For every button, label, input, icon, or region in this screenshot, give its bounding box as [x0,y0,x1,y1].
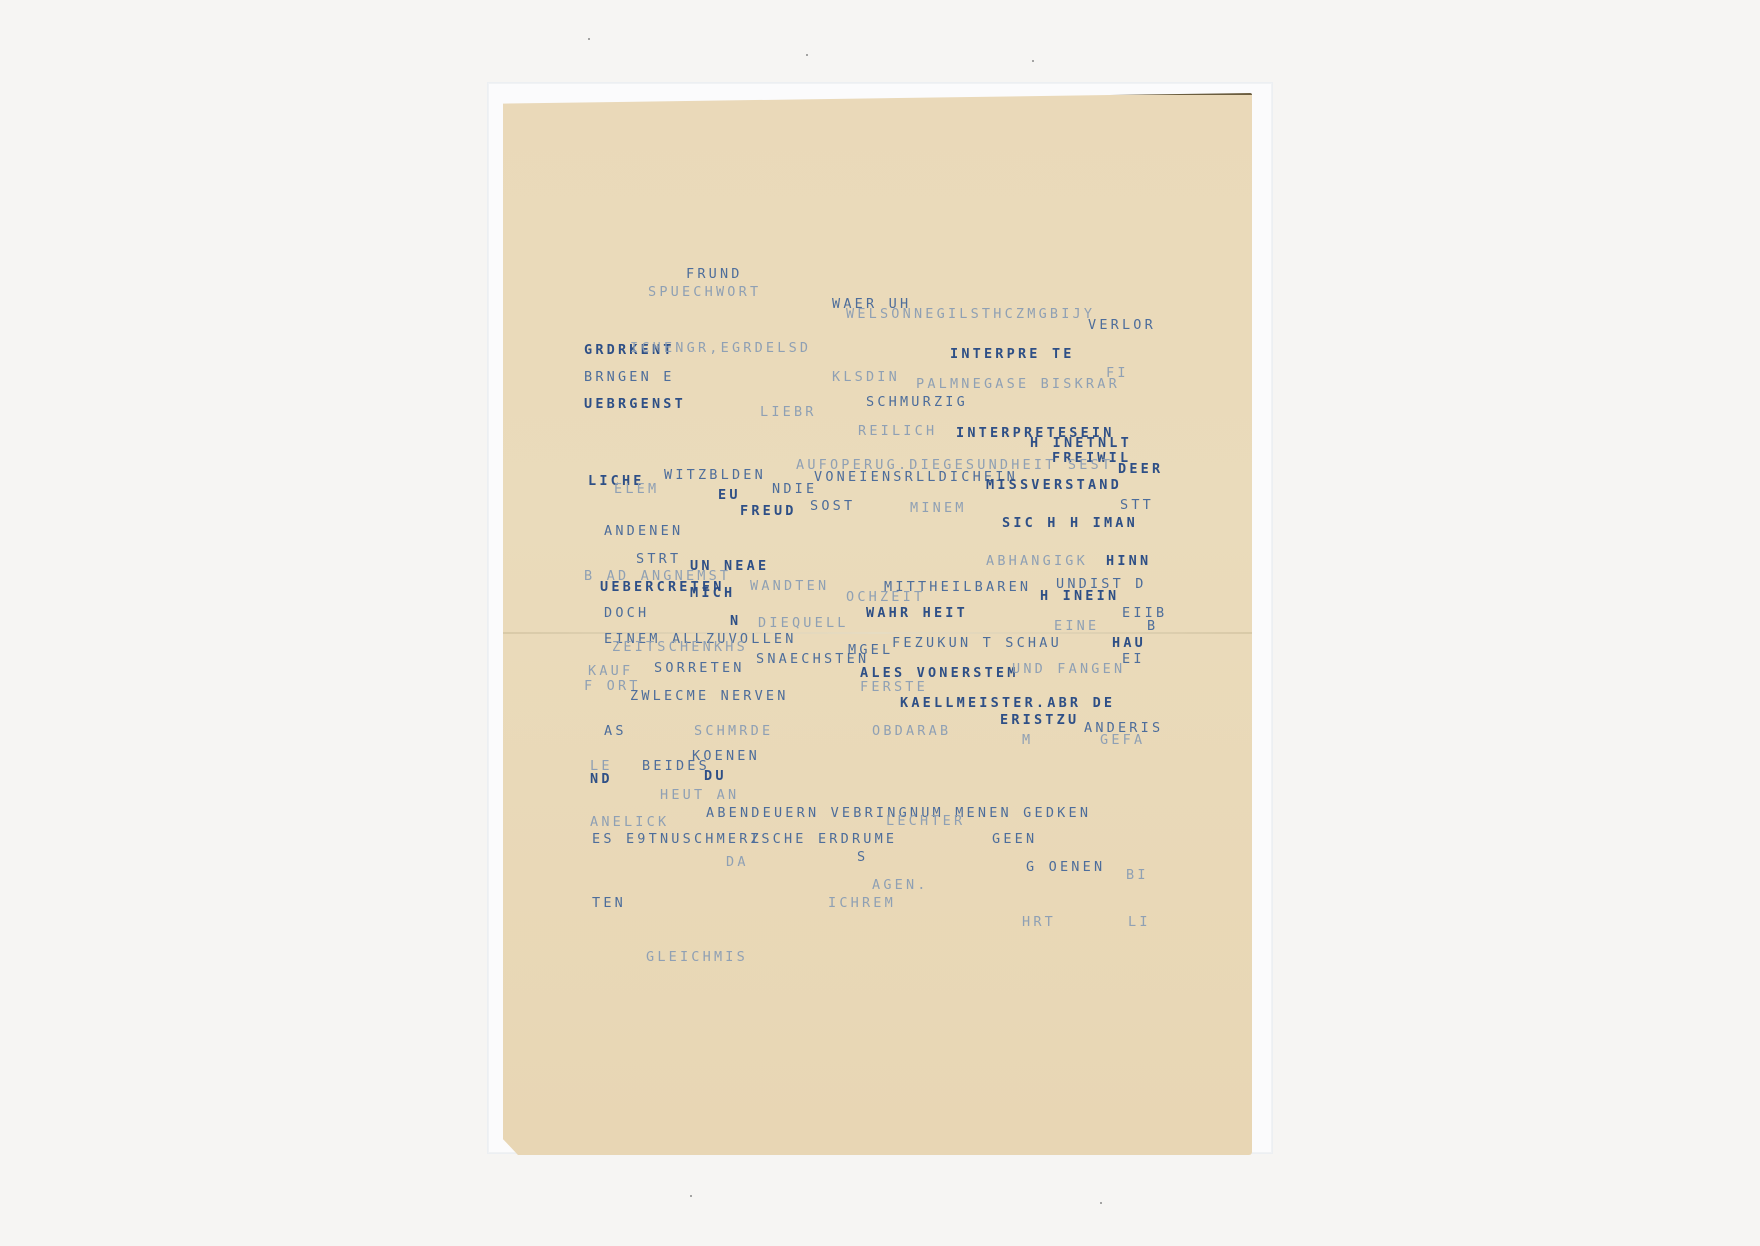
typed-word: ICHREM [828,897,896,911]
typed-word: AS [604,725,627,739]
typed-word: ISCHE ERDRUME [750,833,897,847]
typed-word: ANDENEN [604,525,683,539]
typed-word: DIEQUELL [758,617,849,631]
typed-word: ELEM [614,483,659,497]
typed-word: BI [1126,869,1149,883]
typed-word: UND FANGEN [1012,663,1125,677]
typed-word: EI [1122,653,1145,667]
typed-word: ICHENGR,EGRDELSD [630,342,811,356]
typed-word: KAELLMEISTER.ABR DE [900,697,1115,711]
typed-word: VERLOR [1088,319,1156,333]
typed-word: FRUND [686,268,743,282]
typed-word: WITZBLDEN [664,469,766,483]
typed-word: H INETNLT [1030,437,1132,451]
typed-word: SCHMURZIG [866,396,968,410]
typed-word: BEIDES [642,760,710,774]
typed-word: HRT [1022,916,1056,930]
typed-word: STT [1120,499,1154,513]
typed-word: REILICH [858,425,937,439]
typed-word: HINN [1106,555,1151,569]
typed-word: SNAECHSTEN [756,653,869,667]
typed-word: BRNGEN E [584,371,675,385]
typed-word: EU [718,489,741,503]
typed-word: PALMNEGASE BISKRAR [916,378,1120,392]
typed-word: SCHMRDE [694,725,773,739]
typed-word: N [730,615,741,629]
typed-word: FEZUKUN T SCHAU [892,637,1062,651]
speck [588,38,590,40]
typed-word: FI [1106,367,1129,381]
typed-word: ND [590,773,613,787]
typed-word: DOCH [604,607,649,621]
typed-word: SPUECHWORT [648,286,761,300]
typed-word: INTERPRE TE [950,348,1075,362]
aged-paper-sheet [503,93,1252,1155]
typed-word: MICH [690,587,735,601]
typed-word: WELSONNEGILSTHCZMGBIJY [846,308,1095,322]
typed-word: G OENEN [1026,861,1105,875]
typed-word: DU [704,770,727,784]
speck [806,54,808,56]
typed-word: UEBRGENST [584,398,686,412]
typed-word: SIC H H IMAN [1002,517,1138,531]
typed-word: ES E9TNUSCHMERZ [592,833,762,847]
typed-word: EINE [1054,620,1099,634]
typed-word: AGEN. [872,879,929,893]
typed-word: WANDTEN [750,580,829,594]
typed-word: GEFA [1100,734,1145,748]
typed-word: B [1147,620,1158,634]
speck [1100,1202,1102,1204]
typed-word: OBDARAB [872,725,951,739]
typed-word: MINEM [910,502,967,516]
typed-word: WAHR HEIT [866,607,968,621]
typed-word: GLEICHMIS [646,951,748,965]
typed-word: S [857,851,868,865]
speck [1032,60,1034,62]
typed-word: MITTHEILBAREN [884,581,1031,595]
typed-word: ERISTZU [1000,714,1079,728]
typed-word: KAUF [588,665,633,679]
typed-word: SOST [810,500,855,514]
typed-word: LI [1128,916,1151,930]
typed-word: ANELICK [590,816,669,830]
typed-word: SORRETEN [654,662,745,676]
typed-word: GEEN [992,833,1037,847]
typed-word: DEER [1118,463,1163,477]
typed-word: ABHANGIGK [986,555,1088,569]
typed-word: DA [726,856,749,870]
typed-word: H INEIN [1040,590,1119,604]
typed-word: LECHTER [886,815,965,829]
typed-word: NDIE [772,483,817,497]
typed-word: FERSTE [860,681,928,695]
typed-word: HEUT AN [660,789,739,803]
typed-word: TEN [592,897,626,911]
speck [690,1195,692,1197]
typed-word: HAU [1112,637,1146,651]
typed-word: ZWLECME NERVEN [630,690,789,704]
typed-word: EIIB [1122,607,1167,621]
typed-word: STRT [636,553,681,567]
typed-word: ZEITSCHENKHS [612,641,748,655]
typed-word: LIEBR [760,406,817,420]
typed-word: MISSVERSTAND [986,479,1122,493]
typed-word: M [1022,734,1033,748]
typed-word: KLSDIN [832,371,900,385]
typed-word: FREUD [740,505,797,519]
